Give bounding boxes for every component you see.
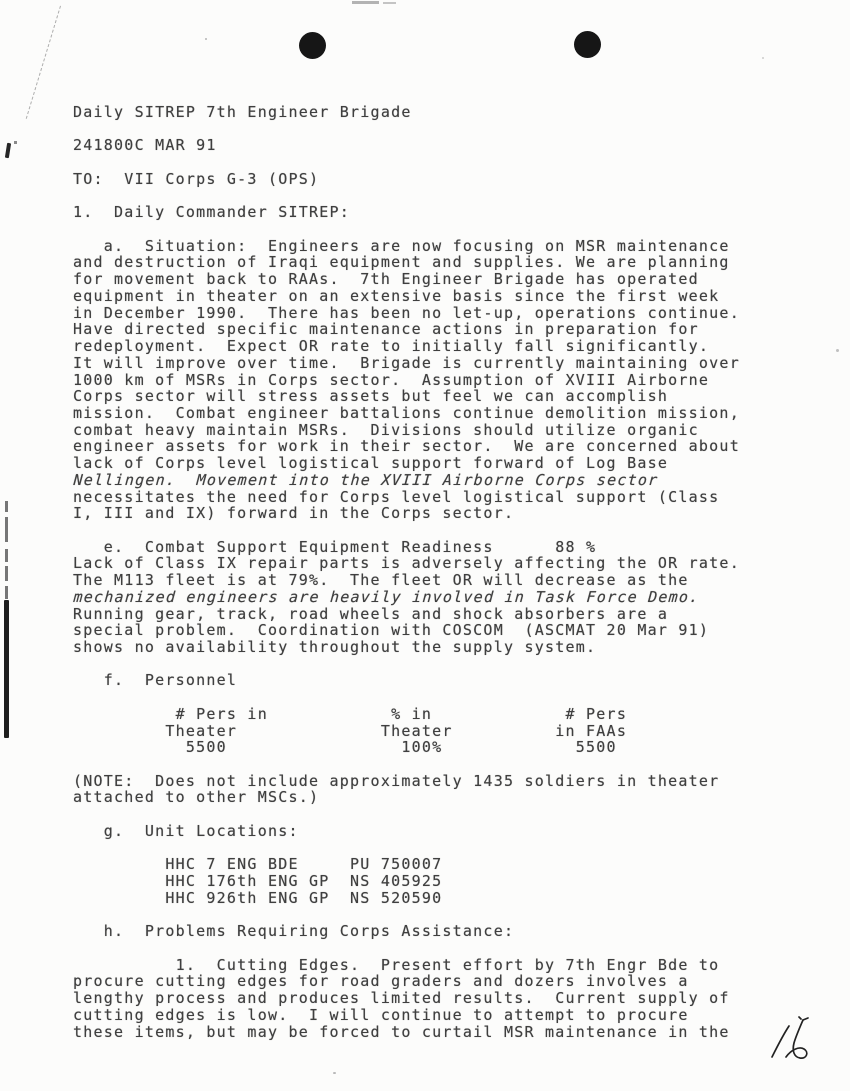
text-line [73, 188, 740, 205]
text-line: attached to other MSCs.) [73, 789, 740, 806]
text-line: for movement back to RAAs. 7th Engineer … [73, 271, 740, 288]
text-line [73, 154, 740, 171]
text-line [73, 221, 740, 238]
text-line: 1. Daily Commander SITREP: [73, 204, 740, 221]
scan-speck [333, 1072, 336, 1074]
scan-smudge [352, 1, 379, 4]
scanned-page: Daily SITREP 7th Engineer Brigade 241800… [0, 0, 850, 1091]
text-line [73, 940, 740, 957]
text-line [73, 689, 740, 706]
text-line: combat heavy maintain MSRs. Divisions sh… [73, 422, 740, 439]
margin-tick-dot [14, 141, 17, 144]
text-line: these items, but may be forced to curtai… [73, 1024, 740, 1041]
text-line [73, 656, 740, 673]
text-line: Corps sector will stress assets but feel… [73, 388, 740, 405]
margin-tick-mark [5, 143, 11, 158]
text-line: Daily SITREP 7th Engineer Brigade [73, 104, 740, 121]
text-line: lack of Corps level logistical support f… [73, 455, 740, 472]
text-line: The M113 fleet is at 79%. The fleet OR w… [73, 572, 740, 589]
text-line: shows no availability throughout the sup… [73, 639, 740, 656]
text-line: redeployment. Expect OR rate to initiall… [73, 338, 740, 355]
edge-streak [5, 586, 8, 599]
text-line: mechanized engineers are heavily involve… [73, 589, 741, 606]
text-line [73, 907, 740, 924]
text-line: Nellingen. Movement into the XVIII Airbo… [73, 472, 741, 489]
text-line: equipment in theater on an extensive bas… [73, 288, 740, 305]
scan-smudge [383, 2, 396, 4]
scan-speck [205, 38, 207, 40]
text-line: special problem. Coordination with COSCO… [73, 622, 740, 639]
document-lines: Daily SITREP 7th Engineer Brigade 241800… [73, 104, 740, 1040]
text-line [73, 522, 740, 539]
text-line [73, 806, 740, 823]
scan-speck [836, 349, 839, 352]
text-line: and destruction of Iraqi equipment and s… [73, 254, 740, 271]
text-line: # Pers in % in # Pers [73, 706, 740, 723]
text-line: e. Combat Support Equipment Readiness 88… [73, 539, 740, 556]
text-line [73, 121, 740, 138]
text-line: 1. Cutting Edges. Present effort by 7th … [73, 957, 740, 974]
text-line: cutting edges is low. I will continue to… [73, 1007, 740, 1024]
edge-streak [5, 517, 8, 542]
text-line: Lack of Class IX repair parts is adverse… [73, 555, 740, 572]
text-line: Have directed specific maintenance actio… [73, 321, 740, 338]
text-line: lengthy process and produces limited res… [73, 990, 740, 1007]
text-line: in December 1990. There has been no let-… [73, 305, 740, 322]
edge-streak [5, 501, 8, 512]
text-line [73, 840, 740, 857]
text-line: engineer assets for work in their sector… [73, 438, 740, 455]
text-line: Running gear, track, road wheels and sho… [73, 606, 740, 623]
sitrep-document: Daily SITREP 7th Engineer Brigade 241800… [73, 104, 740, 1040]
edge-streak [5, 549, 8, 562]
text-line: 241800C MAR 91 [73, 137, 740, 154]
edge-streak [5, 566, 8, 581]
text-line: f. Personnel [73, 672, 740, 689]
scan-speck [762, 57, 764, 59]
text-line: procure cutting edges for road graders a… [73, 973, 740, 990]
text-line: (NOTE: Does not include approximately 14… [73, 773, 740, 790]
text-line: Theater Theater in FAAs [73, 723, 740, 740]
text-line [73, 756, 740, 773]
text-line: HHC 926th ENG GP NS 520590 [73, 890, 740, 907]
text-line: g. Unit Locations: [73, 823, 740, 840]
text-line: 1000 km of MSRs in Corps sector. Assumpt… [73, 372, 740, 389]
text-line: 5500 100% 5500 [73, 739, 740, 756]
text-line: HHC 176th ENG GP NS 405925 [73, 873, 740, 890]
edge-streak-solid [4, 600, 9, 738]
scratch-mark [26, 6, 61, 119]
handwritten-page-number [763, 1016, 833, 1076]
hole-punch-left [299, 32, 326, 59]
text-line: a. Situation: Engineers are now focusing… [73, 238, 740, 255]
text-line: TO: VII Corps G-3 (OPS) [73, 171, 740, 188]
text-line: h. Problems Requiring Corps Assistance: [73, 923, 740, 940]
text-line: I, III and IX) forward in the Corps sect… [73, 505, 740, 522]
text-line: It will improve over time. Brigade is cu… [73, 355, 740, 372]
hole-punch-right [574, 31, 601, 58]
text-line: necessitates the need for Corps level lo… [73, 489, 740, 506]
text-line: mission. Combat engineer battalions cont… [73, 405, 740, 422]
text-line: HHC 7 ENG BDE PU 750007 [73, 856, 740, 873]
